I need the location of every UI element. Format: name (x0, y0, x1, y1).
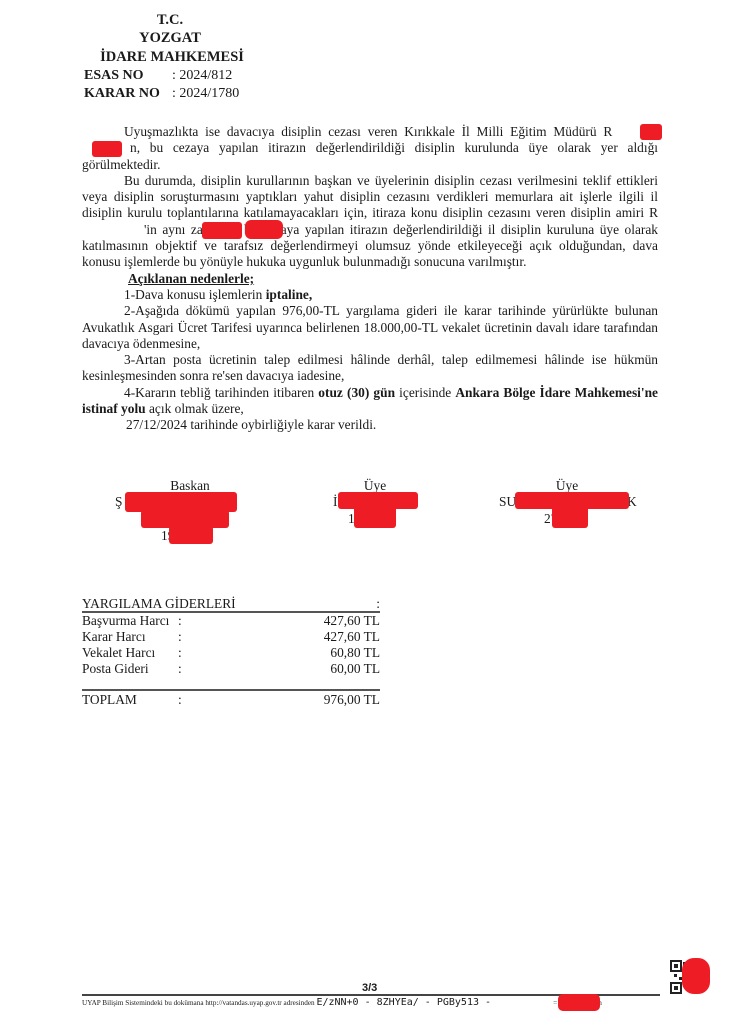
esas-no: ESAS NO: 2024/812 (84, 68, 232, 84)
redaction-mark (125, 492, 237, 512)
header-court: İDARE MAHKEMESİ (84, 49, 260, 66)
decision-date: 27/12/2024 tarihinde oybirliğiyle karar … (82, 417, 658, 433)
karar-no: KARAR NO: 2024/1780 (84, 86, 239, 102)
signature-president-name: Ş (115, 494, 122, 510)
redaction-mark (682, 958, 710, 994)
cost-colon: : (178, 661, 198, 677)
costs-total-amount: 976,00 TL (198, 692, 380, 708)
page-number: 3/3 (362, 982, 377, 994)
costs-title-row: YARGILAMA GİDERLERİ : (82, 596, 380, 613)
cost-colon: : (178, 629, 198, 645)
paragraph-1-text-c: n, bu cezaya yapılan itirazın değerlendi… (82, 140, 658, 171)
decision-body: Uyuşmazlıkta ise davacıya disiplin cezas… (82, 124, 658, 434)
redaction-mark (354, 506, 396, 528)
esas-label: ESAS NO (84, 68, 172, 84)
footer-code: E/zNN+0 - 8ZHYEa/ - PGBy513 - (316, 997, 497, 1008)
karar-value: : 2024/1780 (172, 86, 239, 101)
cost-row: Vekalet Harcı:60,80 TL (82, 645, 380, 661)
costs-total-label: TOPLAM (82, 692, 178, 708)
ruling-item-1: 1-Dava konusu işlemlerin iptaline, (82, 287, 658, 303)
item-1-text: 1-Dava konusu işlemlerin (124, 287, 266, 302)
ruling-item-2: 2-Aşağıda dökümü yapılan 976,00-TL yargı… (82, 303, 658, 352)
costs-rows: Başvurma Harcı:427,60 TLKarar Harcı:427,… (82, 613, 380, 677)
cost-label: Karar Harcı (82, 629, 178, 645)
cost-amount: 427,60 TL (198, 613, 380, 629)
redaction-mark (558, 994, 600, 1011)
karar-label: KARAR NO (84, 86, 172, 102)
cost-label: Vekalet Harcı (82, 645, 178, 661)
paragraph-2-text-a: Bu durumda, disiplin kurullarının başkan… (82, 173, 658, 221)
cost-colon: : (178, 645, 198, 661)
redaction-mark (640, 124, 662, 140)
item-1-bold: iptaline, (266, 287, 313, 302)
signature-name: Ş (115, 494, 122, 509)
costs-title-colon: : (376, 596, 380, 611)
item-4-bold-a: otuz (30) gün (318, 385, 395, 400)
costs-total-row: TOPLAM : 976,00 TL (82, 689, 380, 708)
redaction-mark (92, 141, 122, 157)
paragraph-2: Bu durumda, disiplin kurullarının başkan… (82, 173, 658, 271)
cost-label: Posta Gideri (82, 661, 178, 677)
paragraph-2-text-b: 'in aynı zamanda bu cezaya yapılan itira… (82, 222, 658, 270)
header-city: YOZGAT (110, 30, 230, 47)
cost-amount: 60,00 TL (198, 661, 380, 677)
item-4-text-c: açık olmak üzere, (146, 401, 244, 416)
cost-row: Karar Harcı:427,60 TL (82, 629, 380, 645)
footer-verification: UYAP Bilişim Sistemindeki bu dokümana ht… (82, 997, 602, 1008)
header-country: T.C. (130, 12, 210, 29)
ruling-item-4: 4-Kararın tebliğ tarihinden itibaren otu… (82, 385, 658, 418)
item-4-text-b: içerisinde (395, 385, 455, 400)
redaction-mark (245, 220, 283, 239)
reasons-heading-text: Açıklanan nedenlerle; (128, 271, 254, 286)
cost-label: Başvurma Harcı (82, 613, 178, 629)
costs-total-colon: : (178, 692, 198, 708)
redaction-mark (169, 526, 213, 544)
paragraph-1-text-a: Uyuşmazlıkta ise davacıya disiplin cezas… (124, 124, 612, 139)
ruling-item-3: 3-Artan posta ücretinin talep edilmesi h… (82, 352, 658, 385)
costs-table: YARGILAMA GİDERLERİ : Başvurma Harcı:427… (82, 596, 380, 708)
cost-amount: 427,60 TL (198, 629, 380, 645)
redaction-mark (552, 506, 588, 528)
esas-value: : 2024/812 (172, 68, 232, 83)
signature-name: SU (499, 494, 516, 509)
cost-amount: 60,80 TL (198, 645, 380, 661)
reasons-heading: Açıklanan nedenlerle; (82, 271, 658, 287)
cost-row: Posta Gideri:60,00 TL (82, 661, 380, 677)
cost-row: Başvurma Harcı:427,60 TL (82, 613, 380, 629)
costs-title: YARGILAMA GİDERLERİ (82, 596, 376, 611)
cost-colon: : (178, 613, 198, 629)
signature-member-2-name: SU (499, 494, 516, 510)
redaction-mark (202, 222, 242, 239)
item-4-text-a: 4-Kararın tebliğ tarihinden itibaren (124, 385, 318, 400)
paragraph-1: Uyuşmazlıkta ise davacıya disiplin cezas… (82, 124, 658, 173)
footer-text: UYAP Bilişim Sistemindeki bu dokümana ht… (82, 999, 316, 1007)
